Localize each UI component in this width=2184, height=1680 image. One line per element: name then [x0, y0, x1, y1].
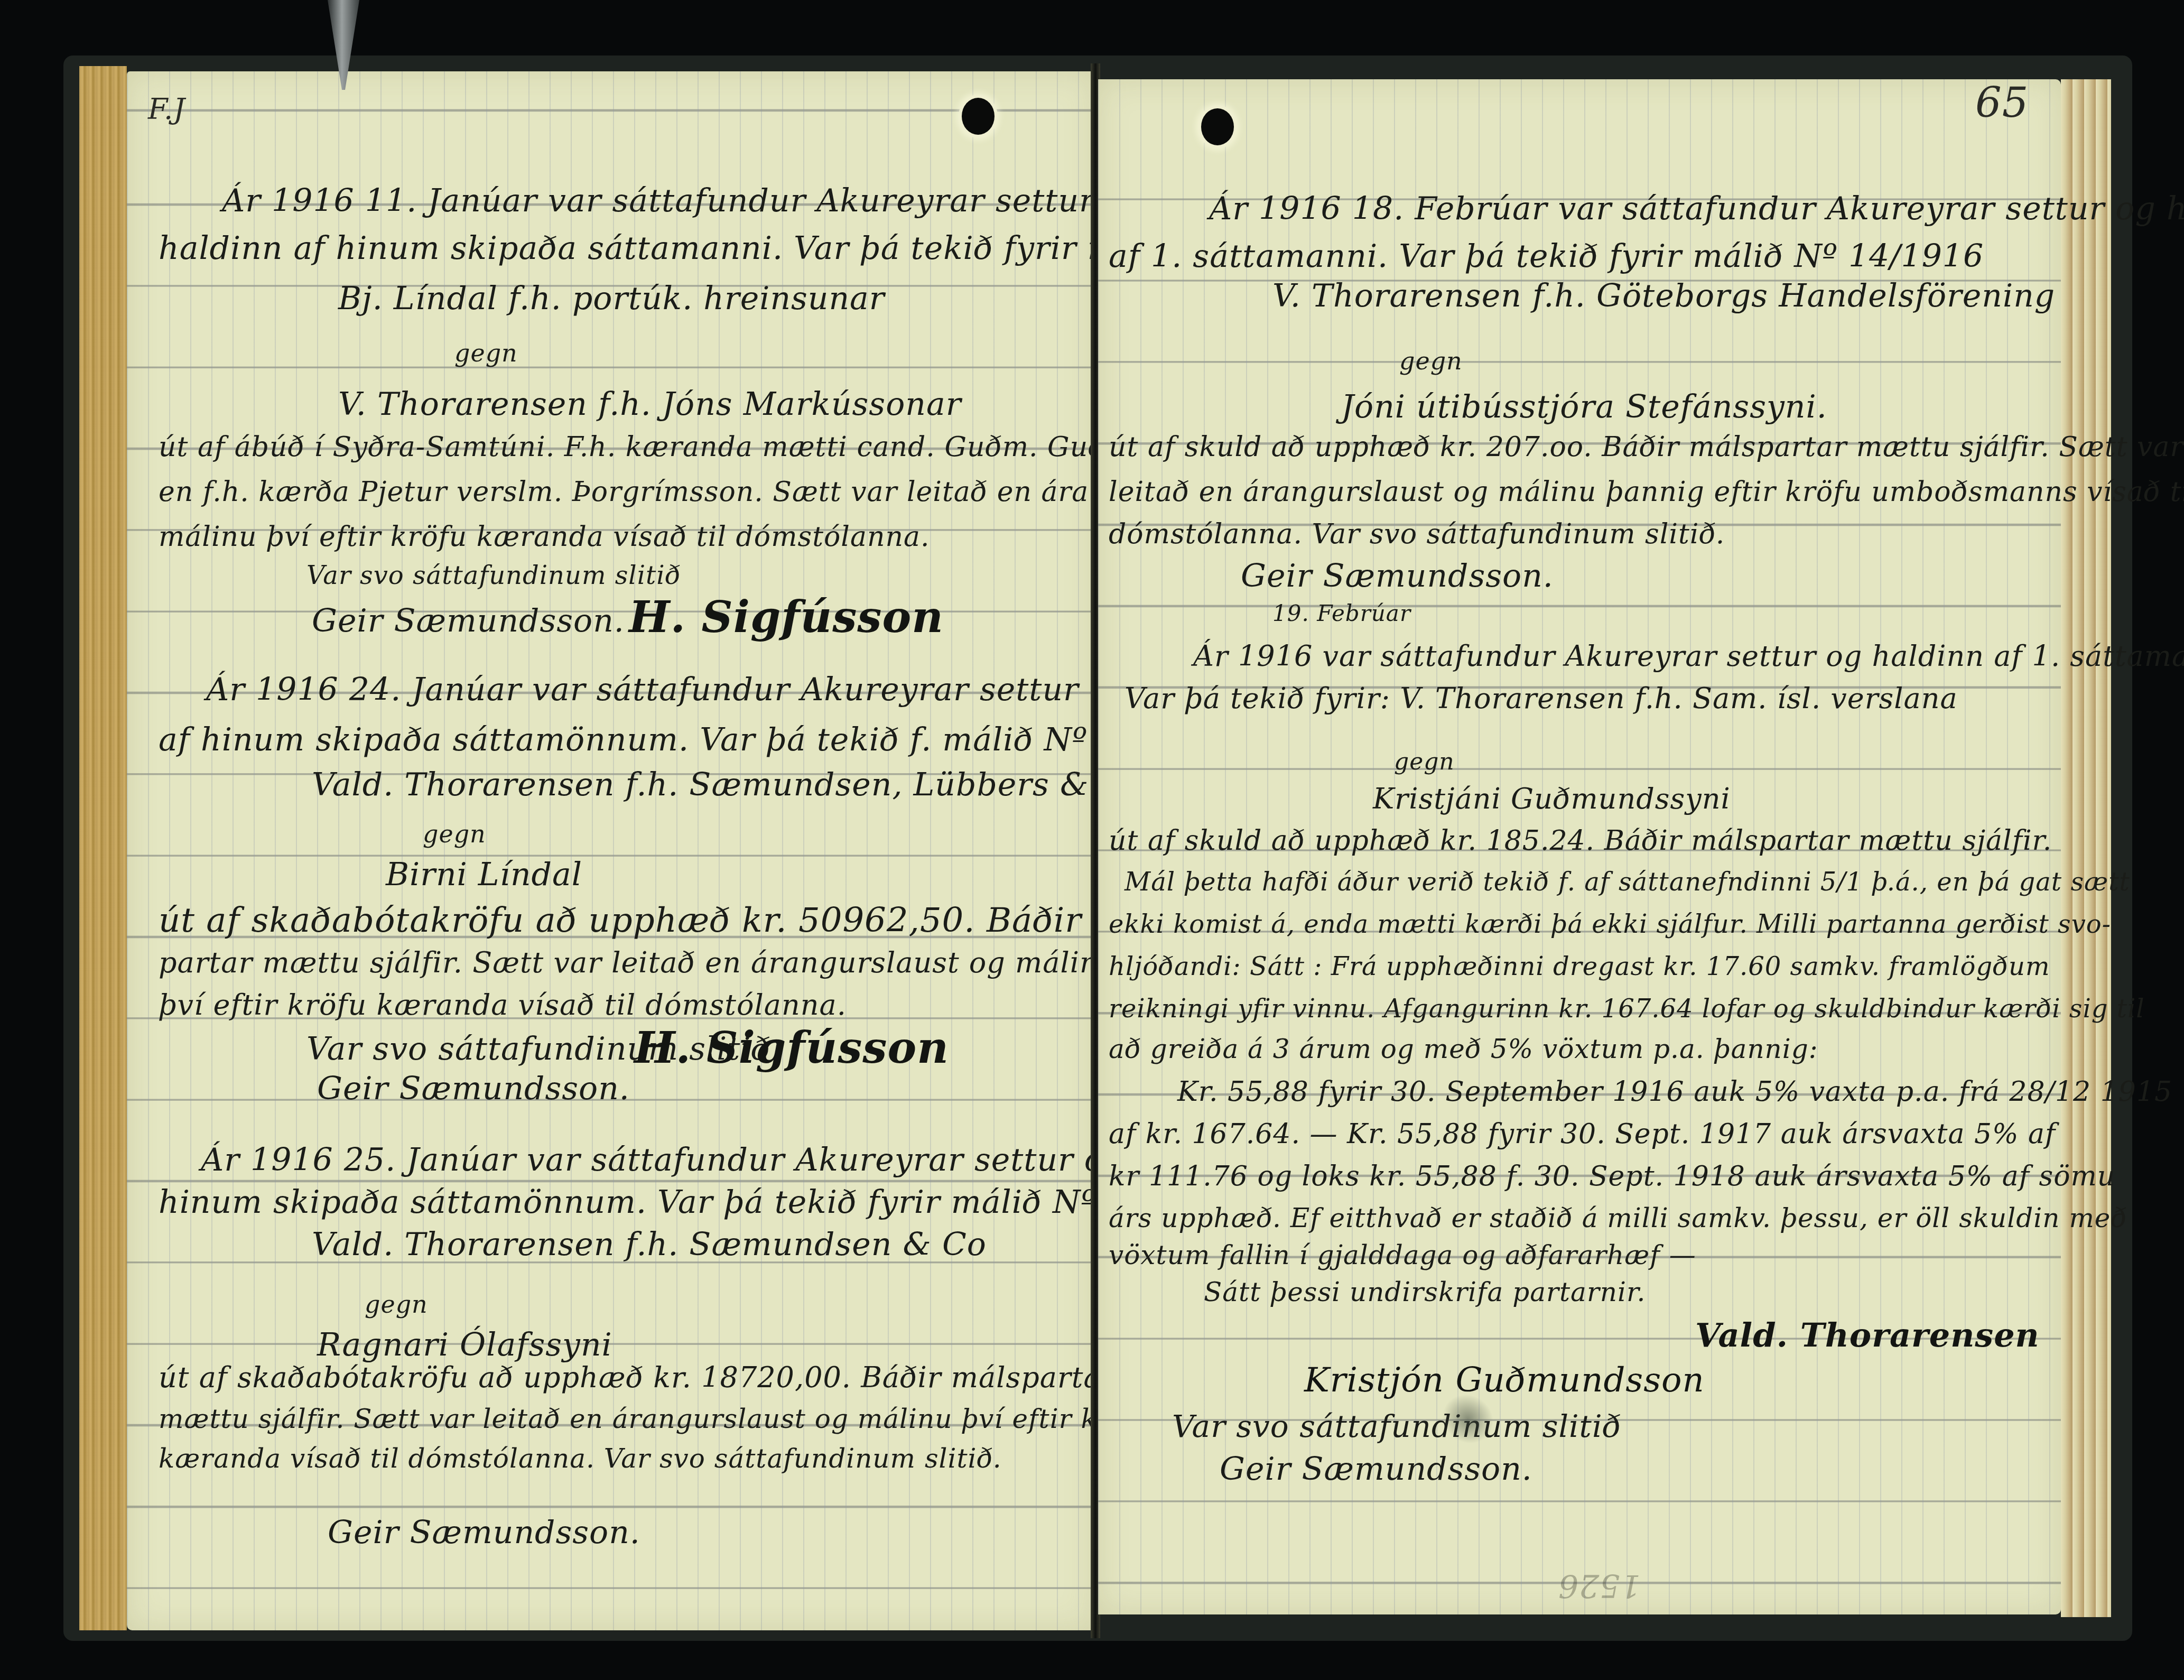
entry-line: Sátt þessi undirskrifa partarnir. — [1204, 1279, 1646, 1305]
installment-2: af kr. 167.64. — Kr. 55,88 fyrir 30. Sep… — [1109, 1120, 2056, 1148]
date-insert: 19. Febrúar — [1272, 602, 1411, 625]
page-stack-edge-left — [79, 66, 127, 1630]
signature-chairman: Geir Sæmundsson. — [1220, 1453, 1532, 1485]
entry-line: vöxtum fallin í gjalddaga og aðfararhæf … — [1109, 1242, 1696, 1268]
closing-line: Var svo sáttafundinum slitið — [306, 563, 681, 588]
entry-line: út af skuld að upphæð kr. 185.24. Báðir … — [1109, 827, 2052, 855]
entry-line: dómstólanna. Var svo sáttafundinum sliti… — [1109, 521, 1725, 548]
entry-line: út af skaðabótakröfu að upphæð kr. 50962… — [159, 904, 1187, 938]
plaintiff: Vald. Thorarensen f.h. Sæmundsen, Lübber… — [312, 769, 1144, 801]
punch-hole — [1201, 108, 1234, 145]
entry-line: kæranda vísað til dómstólanna. Var svo s… — [159, 1445, 1002, 1472]
defendant: Birni Líndal — [386, 859, 582, 890]
entry-line: Ár 1916 11. Janúar var sáttafundur Akure… — [222, 185, 1146, 217]
party-signature-plaintiff: Vald. Thorarensen — [1695, 1316, 2040, 1354]
entry-line: út af skuld að upphæð kr. 207.oo. Báðir … — [1109, 433, 2183, 461]
entry-line: Ár 1916 18. Febrúar var sáttafundur Akur… — [1209, 193, 2184, 225]
defendant: Kristjáni Guðmundssyni — [1373, 785, 1731, 813]
defendant: V. Thorarensen f.h. Jóns Markússonar — [338, 388, 961, 420]
page-number: 65 — [1975, 79, 2029, 127]
entry-line: mættu sjálfir. Sætt var leitað en árangu… — [159, 1406, 1155, 1432]
gegn-label: gegn — [1399, 349, 1463, 373]
entry-line: út af skaðabótakröfu að upphæð kr. 18720… — [159, 1363, 1116, 1392]
entry-line: því eftir kröfu kæranda vísað til dómstó… — [159, 991, 847, 1019]
entry-line: ekki komist á, enda mætti kærði þá ekki … — [1109, 912, 2111, 937]
entry-line: út af ábúð í Syðra-Samtúni. F.h. kæranda… — [159, 433, 1251, 461]
signature-chairman: Geir Sæmundsson. — [312, 605, 625, 637]
entry-line: af 1. sáttamanni. Var þá tekið fyrir mál… — [1109, 240, 1984, 272]
entry-line: málinu því eftir kröfu kæranda vísað til… — [159, 523, 930, 551]
entry-line: reikningi yfir vinnu. Afgangurinn kr. 16… — [1109, 996, 2145, 1022]
installment-3: kr 111.76 og loks kr. 55,88 f. 30. Sept.… — [1109, 1163, 2115, 1190]
ledger-scan: F.J Ár 1916 11. Janúar var sáttafundur A… — [0, 0, 2184, 1680]
right-page: 65 Ár 1916 18. Febrúar var sáttafundur A… — [1098, 79, 2061, 1614]
plaintiff: Vald. Thorarensen f.h. Sæmundsen & Co — [312, 1229, 987, 1260]
page-mark: F.J — [148, 92, 185, 126]
entry-line: hinum skipaða sáttamönnum. Var þá tekið … — [159, 1186, 1242, 1218]
page-stack-edge-right — [2061, 79, 2111, 1617]
gegn-label: gegn — [1394, 750, 1455, 774]
entry-line: Mál þetta hafði áður verið tekið f. af s… — [1124, 869, 2130, 895]
signature-chairman: Geir Sæmundsson. — [317, 1073, 630, 1104]
entry-line: Var þá tekið fyrir: V. Thorarensen f.h. … — [1124, 684, 1958, 713]
signature-chairman: Geir Sæmundsson. — [328, 1517, 640, 1548]
defendant: Ragnari Ólafssyni — [317, 1329, 612, 1361]
bleedthrough-number: 1526 — [1558, 1570, 1641, 1601]
signature-chairman: Geir Sæmundsson. — [1241, 560, 1554, 592]
plaintiff: V. Thorarensen f.h. Göteborgs Handelsför… — [1272, 280, 2055, 312]
entry-line: árs upphæð. Ef eitthvað er staðið á mill… — [1109, 1205, 2127, 1231]
gegn-label: gegn — [365, 1292, 428, 1316]
left-page: F.J Ár 1916 11. Janúar var sáttafundur A… — [127, 71, 1095, 1630]
entry-line: leitað en árangurslaust og málinu þannig… — [1109, 478, 2184, 506]
party-signature-defendant: Kristjón Guðmundsson — [1304, 1361, 1705, 1400]
entry-line: Ár 1916 var sáttafundur Akureyrar settur… — [1193, 642, 2184, 671]
entry-line: partar mættu sjálfir. Sætt var leitað en… — [159, 949, 1118, 977]
plaintiff: Bj. Líndal f.h. portúk. hreinsunar — [338, 283, 885, 314]
entry-line: hljóðandi: Sátt : Frá upphæðinni dregast… — [1109, 954, 2050, 979]
signature-secretary: H. Sigfússon — [634, 1023, 949, 1073]
gegn-label: gegn — [423, 822, 486, 846]
gegn-label: gegn — [454, 341, 518, 365]
signature-secretary: H. Sigfússon — [629, 592, 944, 643]
closing-line: Var svo sáttafundinum slitið — [1172, 1411, 1621, 1442]
defendant: Jóni útibússtjóra Stefánssyni. — [1341, 391, 1827, 423]
installment-1: Kr. 55,88 fyrir 30. September 1916 auk 5… — [1177, 1078, 2172, 1106]
punch-hole — [962, 98, 995, 135]
entry-line: af hinum skipaða sáttamönnum. Var þá tek… — [159, 724, 1234, 756]
entry-line: að greiða á 3 árum og með 5% vöxtum p.a.… — [1109, 1036, 1818, 1062]
